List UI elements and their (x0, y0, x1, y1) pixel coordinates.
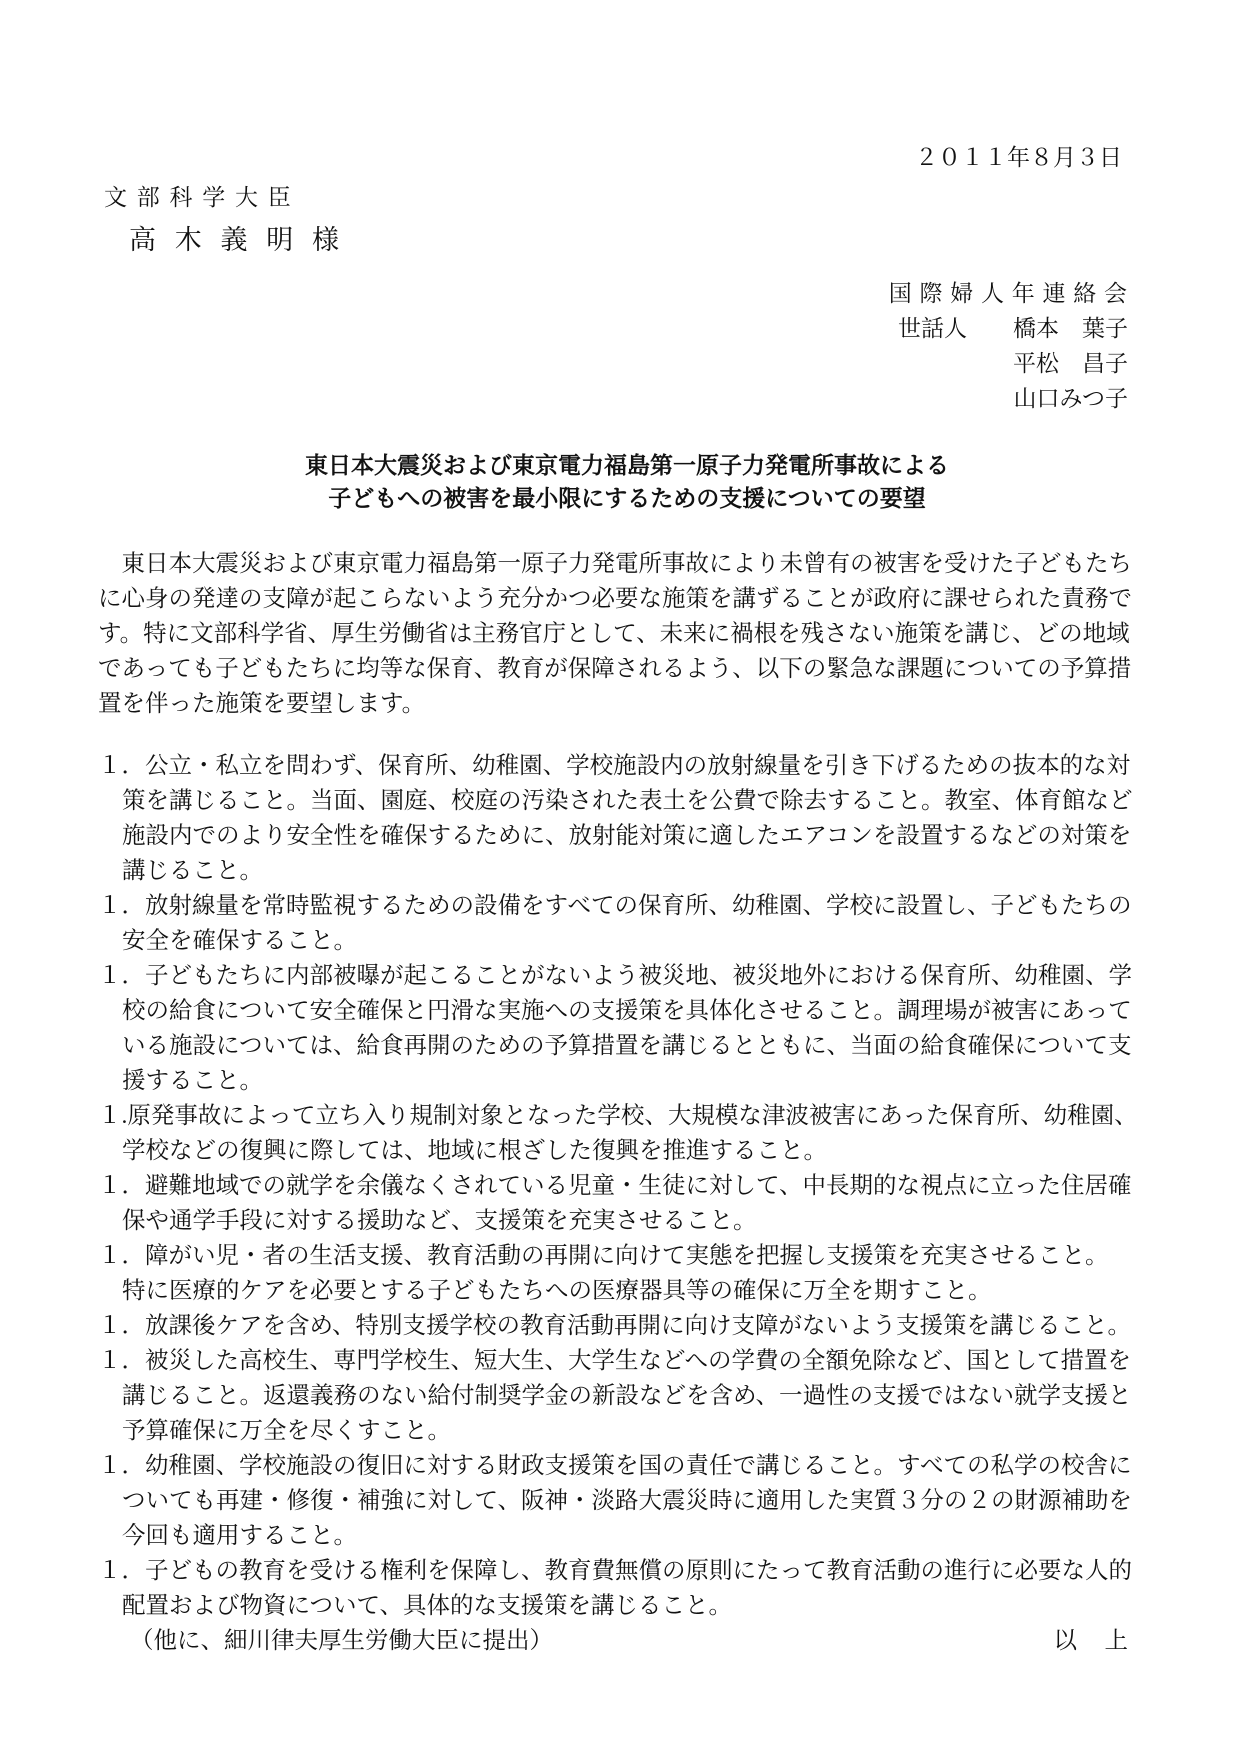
request-item: １．障がい児・者の生活支援、教育活動の再開に向けて実態を把握し支援策を充実させる… (98, 1239, 1156, 1309)
sender-person-3: 山口みつ子 (98, 381, 1128, 416)
recipient-title: 文 部 科 学 大 臣 (98, 184, 1156, 211)
recipient-name: 高 木 義 明 様 (98, 224, 1156, 256)
document-date: ２０１１年８月３日 (98, 145, 1156, 171)
request-item: １．放射線量を常時監視するための設備をすべての保育所、幼稚園、学校に設置し、子ど… (98, 889, 1156, 959)
request-item: １．子どもたちに内部被曝が起こることがないよう被災地、被災地外における保育所、幼… (98, 959, 1156, 1099)
closing-sign: 以 上 (1054, 1624, 1157, 1659)
request-item: １.原発事故によって立ち入り規制対象となった学校、大規模な津波被害にあった保育所… (98, 1099, 1156, 1169)
request-item: １．子どもの教育を受ける権利を保障し、教育費無償の原則にたって教育活動の進行に必… (98, 1554, 1156, 1624)
request-item: １．幼稚園、学校施設の復旧に対する財政支援策を国の責任で講じること。すべての私学… (98, 1449, 1156, 1554)
sender-person-2: 平松 昌子 (98, 346, 1128, 381)
document-title-line-1: 東日本大震災および東京電力福島第一原子力発電所事故による (98, 449, 1156, 482)
sender-block: 国 際 婦 人 年 連 絡 会 世話人 橋本 葉子 平松 昌子 山口みつ子 (98, 276, 1156, 416)
document-title-line-2: 子どもへの被害を最小限にするための支援についての要望 (98, 482, 1156, 515)
letter-page: ２０１１年８月３日 文 部 科 学 大 臣 高 木 義 明 様 国 際 婦 人 … (0, 0, 1240, 1754)
closing-note: （他に、細川律夫厚生労働大臣に提出） (98, 1624, 553, 1659)
sender-person-1: 世話人 橋本 葉子 (98, 311, 1128, 346)
request-item: １．被災した高校生、専門学校生、短大生、大学生などへの学費の全額免除など、国とし… (98, 1344, 1156, 1449)
request-items-list: １．公立・私立を問わず、保育所、幼稚園、学校施設内の放射線量を引き下げるための抜… (98, 749, 1156, 1624)
request-item: １．公立・私立を問わず、保育所、幼稚園、学校施設内の放射線量を引き下げるための抜… (98, 749, 1156, 889)
document-title: 東日本大震災および東京電力福島第一原子力発電所事故による 子どもへの被害を最小限… (98, 449, 1156, 515)
intro-paragraph: 東日本大震災および東京電力福島第一原子力発電所事故により未曾有の被害を受けた子ど… (98, 547, 1156, 722)
sender-organization: 国 際 婦 人 年 連 絡 会 (98, 276, 1128, 311)
request-item: １．放課後ケアを含め、特別支援学校の教育活動再開に向け支障がないよう支援策を講じ… (98, 1309, 1156, 1344)
request-item: １．避難地域での就学を余儀なくされている児童・生徒に対して、中長期的な視点に立っ… (98, 1169, 1156, 1239)
closing-row: （他に、細川律夫厚生労働大臣に提出） 以 上 (98, 1624, 1156, 1659)
